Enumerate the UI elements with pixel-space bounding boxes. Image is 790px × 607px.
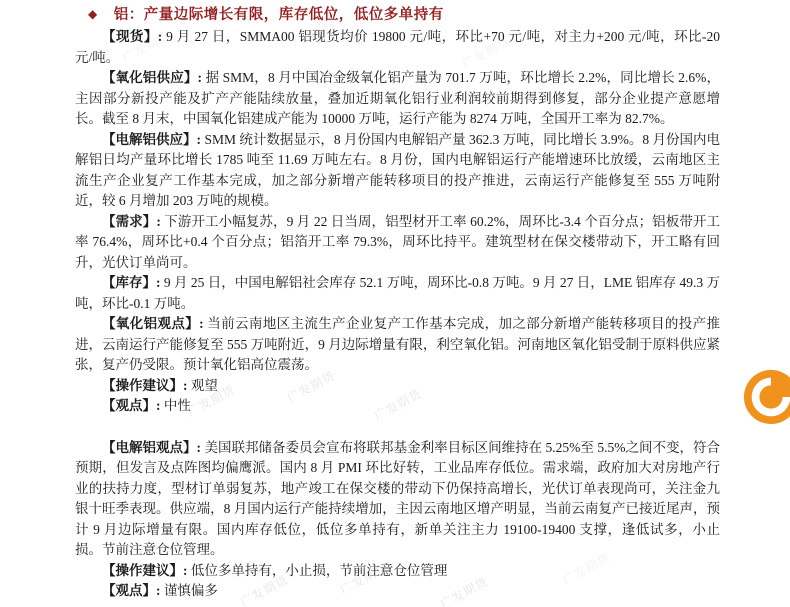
paragraph-label: 【氧化铝观点】: (102, 316, 204, 331)
paragraph-label: 【观点】: (102, 398, 161, 413)
paragraph-text: 下游开工小幅复苏，9 月 22 日当周，铝型材开工率 60.2%，周环比-3.4… (75, 214, 720, 270)
paragraph-text: 低位多单持有，小止损，节前注意仓位管理 (188, 563, 448, 578)
paragraph-text: 中性 (161, 398, 191, 413)
paragraph-alumina-advice: 【操作建议】: 观望 (75, 376, 720, 397)
paragraph-text: 美国联邦储备委员会宣布将联邦基金利率目标区间维持在 5.25%至 5.5%之间不… (75, 440, 720, 558)
document-content: ◆铝：产量边际增长有限，库存低位，低位多单持有 【现货】: 9 月 27 日，S… (0, 5, 790, 602)
paragraph-aluminum-stance: 【观点】: 谨慎偏多 (75, 581, 720, 602)
section-title-text: 铝：产量边际增长有限，库存低位，低位多单持有 (114, 7, 444, 23)
paragraph-label: 【观点】: (102, 583, 161, 598)
paragraph-label: 【需求】: (102, 214, 161, 229)
paragraph-aluminum-supply: 【电解铝供应】: SMM 统计数据显示，8 月份国内电解铝产量 362.3 万吨… (75, 130, 720, 212)
paragraph-alumina-stance: 【观点】: 中性 (75, 396, 720, 417)
paragraph-demand: 【需求】: 下游开工小幅复苏，9 月 22 日当周，铝型材开工率 60.2%，周… (75, 212, 720, 274)
paragraph-label: 【现货】: (102, 29, 162, 44)
paragraph-text: 9 月 25 日，中国电解铝社会库存 52.1 万吨，周环比-0.8 万吨。9 … (75, 275, 720, 311)
section-title: ◆铝：产量边际增长有限，库存低位，低位多单持有 (88, 5, 720, 25)
diamond-bullet-icon: ◆ (88, 4, 98, 24)
paragraph-text: 观望 (188, 378, 218, 393)
paragraph-text: 谨慎偏多 (161, 583, 218, 598)
paragraph-label: 【氧化铝供应】: (102, 70, 202, 85)
paragraph-label: 【操作建议】: (102, 378, 188, 393)
paragraph-spot-price: 【现货】: 9 月 27 日，SMMA00 铝现货均价 19800 元/吨，环比… (75, 27, 720, 68)
paragraph-label: 【库存】: (102, 275, 161, 290)
paragraph-inventory: 【库存】: 9 月 25 日，中国电解铝社会库存 52.1 万吨，周环比-0.8… (75, 273, 720, 314)
paragraph-label: 【电解铝观点】: (102, 440, 201, 455)
paragraph-label: 【操作建议】: (102, 563, 188, 578)
document-page: 广发期货 广发期货 广发期货 广发期货 广发期货 广发期货 广发期货 广发期货 … (0, 0, 790, 607)
paragraph-aluminum-advice: 【操作建议】: 低位多单持有，小止损，节前注意仓位管理 (75, 561, 720, 582)
paragraph-alumina-supply: 【氧化铝供应】: 据 SMM，8 月中国冶金级氧化铝产量为 701.7 万吨，环… (75, 68, 720, 130)
paragraph-label: 【电解铝供应】: (102, 132, 201, 147)
paragraph-text: 9 月 27 日，SMMA00 铝现货均价 19800 元/吨，环比+70 元/… (75, 29, 720, 65)
paragraph-alumina-view: 【氧化铝观点】: 当前云南地区主流生产企业复产工作基本完成，加之部分新增产能转移… (75, 314, 720, 376)
paragraph-aluminum-view: 【电解铝观点】: 美国联邦储备委员会宣布将联邦基金利率目标区间维持在 5.25%… (75, 438, 720, 561)
